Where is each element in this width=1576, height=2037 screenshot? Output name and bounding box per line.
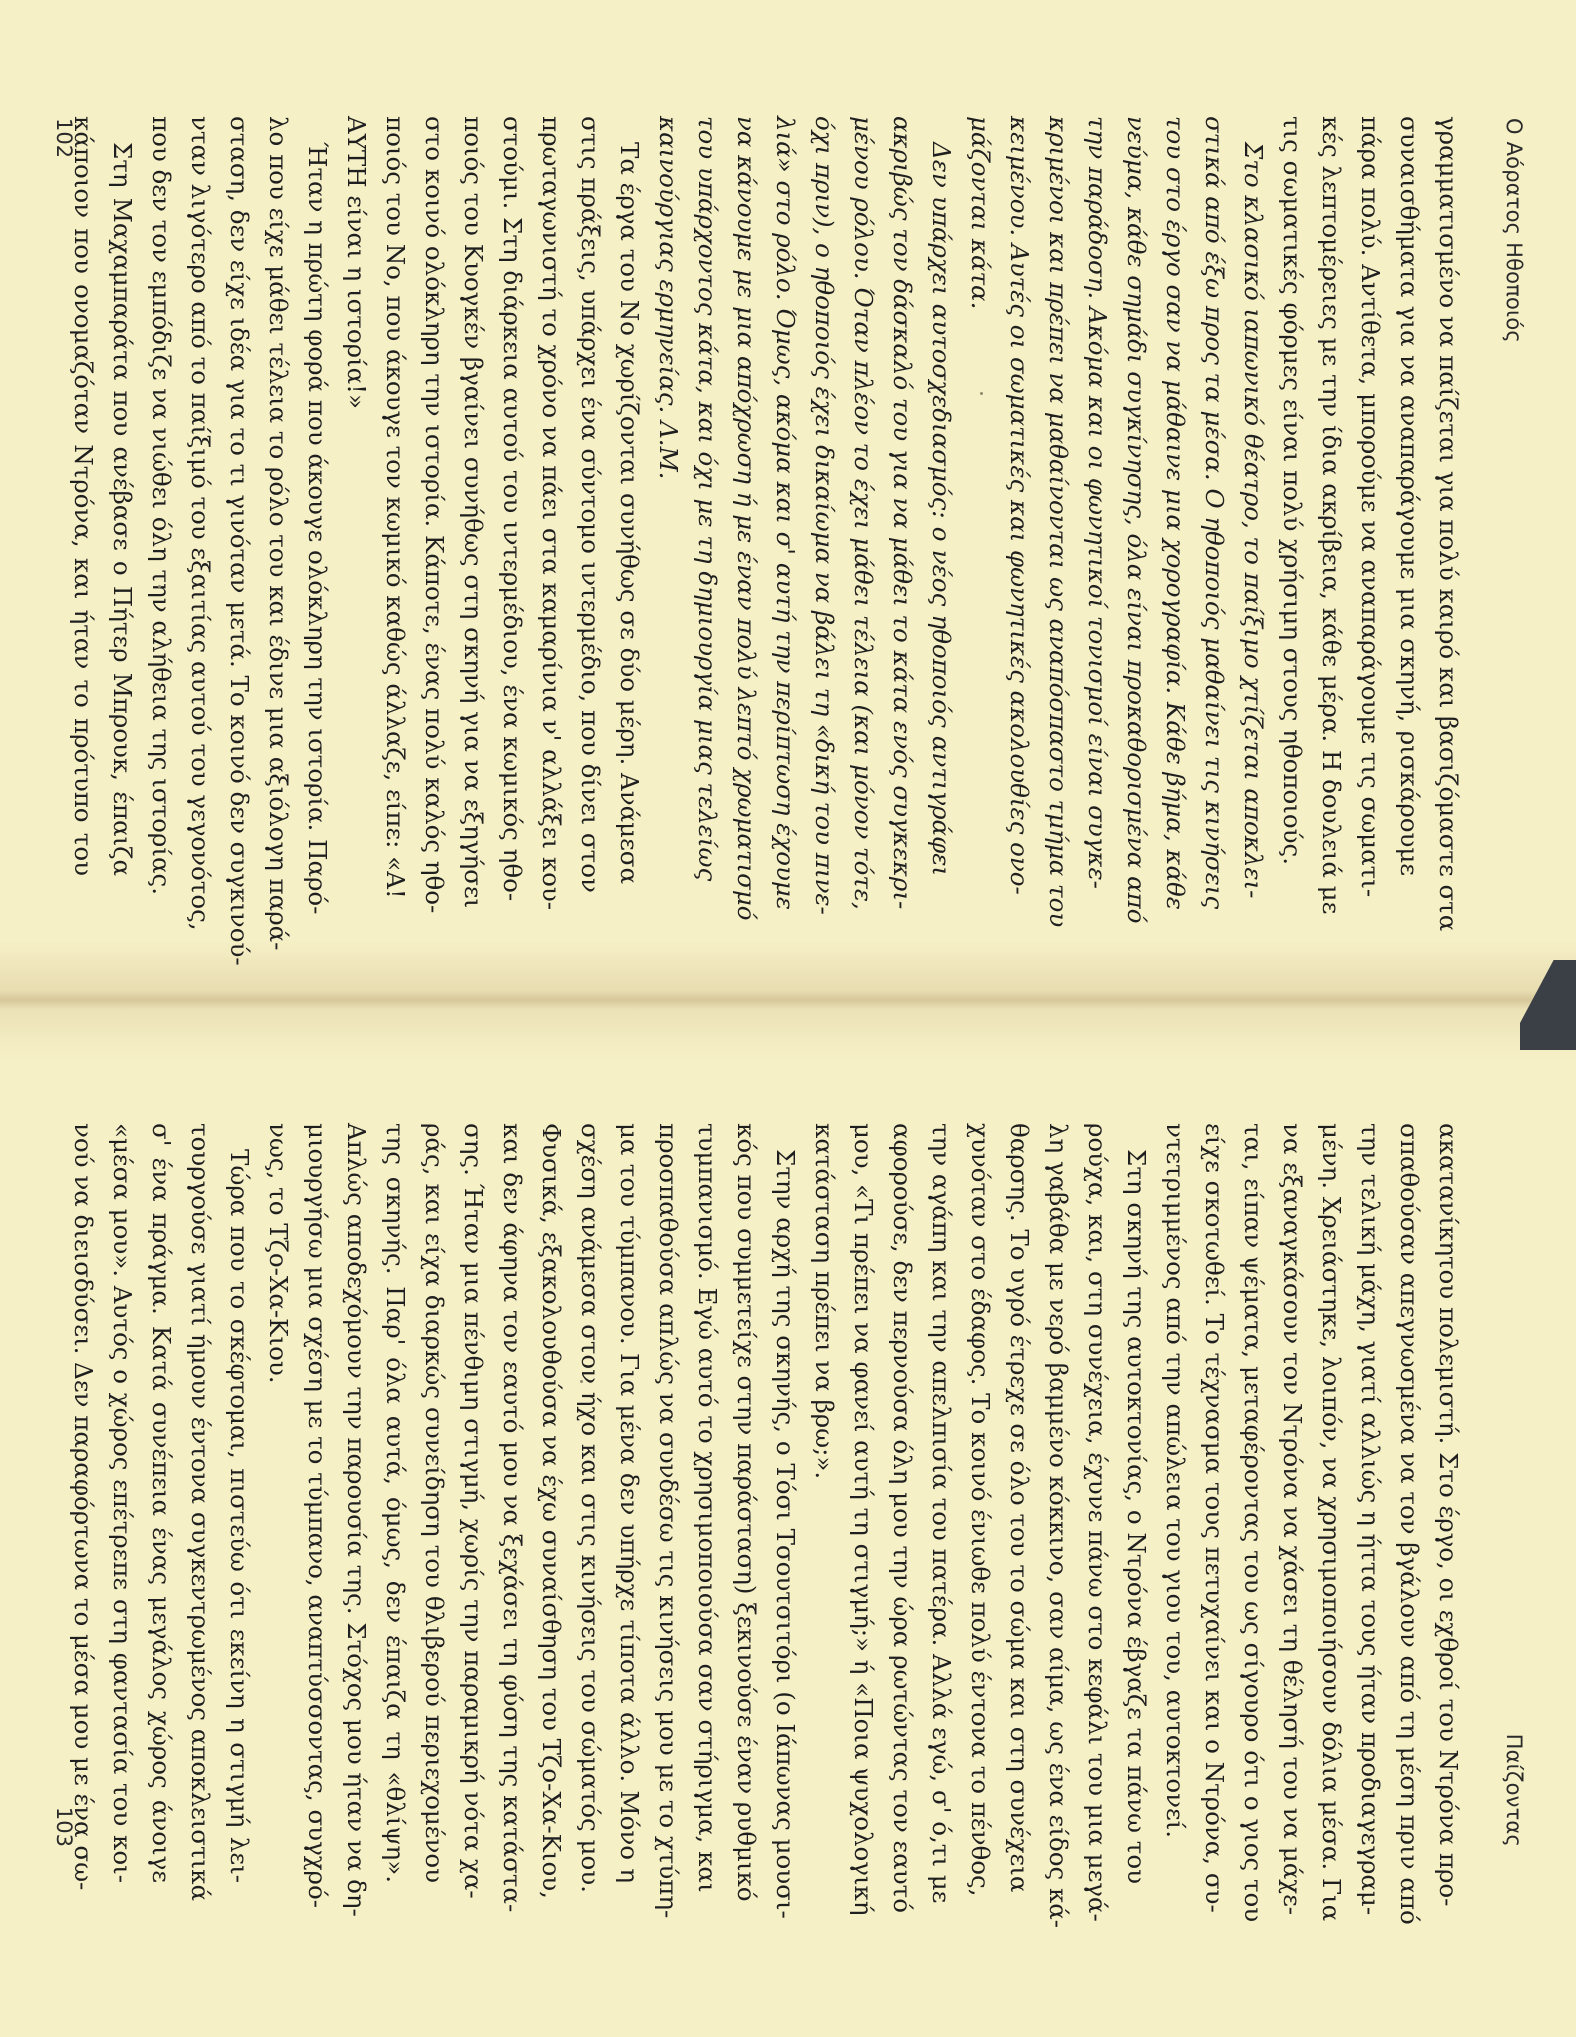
text-line: Τώρα που το σκέφτομαι, πιστεύω ότι εκείν…	[220, 1123, 259, 1883]
running-head-left: Ο Αόρατος Ηθοποιός	[1502, 118, 1526, 343]
text-line: ντετριμμένος από την απώλεια του γιου το…	[1156, 1123, 1195, 1883]
text-line: μα του τύμπανου. Για μένα δεν υπήρχε τίπ…	[610, 1123, 649, 1883]
text-line: μένη. Χρειάστηκε, λοιπόν, να χρησιμοποιή…	[1312, 1123, 1351, 1883]
text-line: συναισθήματα για να αναπαράγουμε μια σκη…	[1390, 116, 1429, 876]
text-line: σπαθούσαν απεγνωσμένα να τον βγάλουν από…	[1390, 1123, 1429, 1883]
text-line: θαρσης. Το υγρό έτρεχε σε όλο του το σώμ…	[1000, 1123, 1039, 1883]
text-line: Δεν υπάρχει αυτοσχεδιασμός: ο νέος ηθοπο…	[922, 116, 961, 876]
text-line: λο που είχε μάθει τέλεια το ρόλο του και…	[259, 116, 298, 876]
text-line: χυνόταν στο έδαφος. Το κοινό ένιωθε πολύ…	[961, 1123, 1000, 1883]
text-line: λιά» στο ρόλο. Όμως, ακόμα και σ' αυτή τ…	[766, 116, 805, 876]
text-line: ακριβώς τον δάσκαλό του για να μάθει το …	[883, 116, 922, 876]
text-line: να κάνουμε με μια απόχρωση ή με έναν πολ…	[727, 116, 766, 876]
text-line: ΑΥΤΗ είναι η ιστορία!»	[337, 116, 376, 876]
paper-speck	[158, 585, 161, 588]
running-head-right: Παίζοντας	[1502, 1734, 1526, 1847]
text-line: νού να διεισδύσει. Δεν παραφόρτωνα το μέ…	[64, 1123, 103, 1883]
text-line: Στη Μαχαμπαράτα που ανέβασε ο Πήτερ Μπρο…	[103, 116, 142, 876]
text-line: κές λεπτομέρειες με την ίδια ακρίβεια, κ…	[1312, 116, 1351, 876]
text-line: την τελική μάχη, γιατί αλλιώς η ήττα του…	[1351, 1123, 1390, 1883]
text-line: γραμματισμένο να παίζεται για πολύ καιρό…	[1429, 116, 1468, 876]
text-line: Φυσικά, εξακολουθούσα να έχω συναίσθηση …	[532, 1123, 571, 1883]
text-line: Στη σκηνή της αυτοκτονίας, ο Ντρόνα έβγα…	[1117, 1123, 1156, 1883]
text-line: είχε σκοτωθεί. Το τέχνασμα τους πετυχαίν…	[1195, 1123, 1234, 1883]
text-line: Ήταν η πρώτη φορά που άκουγε ολόκληρη τη…	[298, 116, 337, 876]
right-page-body: ακατανίκητου πολεμιστή. Στο έργο, οι εχθ…	[64, 1123, 1468, 1883]
text-line: ακατανίκητου πολεμιστή. Στο έργο, οι εχθ…	[1429, 1123, 1468, 1883]
text-line: κριμένοι και πρέπει να μαθαίνονται ως αν…	[1039, 116, 1078, 876]
text-line: σ' ένα πράγμα. Κατά συνέπεια ένας μεγάλο…	[142, 1123, 181, 1883]
text-line: μένου ρόλου. Όταν πλέον το έχει μάθει τέ…	[844, 116, 883, 876]
text-line: πάρα πολύ. Αντίθετα, μπορούμε να αναπαρά…	[1351, 116, 1390, 876]
text-line: πρωταγωνιστή το χρόνο να πάει στα καμαρί…	[532, 116, 571, 876]
text-line: νταν λιγότερο από το παίξιμό του εξαιτία…	[181, 116, 220, 876]
text-line: Τα έργα του Νο χωρίζονται συνήθως σε δύο…	[610, 116, 649, 876]
right-page-content: Παίζοντας ακατανίκητου πολεμιστή. Στο έρ…	[0, 1005, 1576, 1965]
text-line: όχι πριν), ο ηθοποιός έχει δικαίωμα να β…	[805, 116, 844, 876]
text-line: «μέσα μου». Αυτός ο χώρος επέτρεπε στη φ…	[103, 1123, 142, 1883]
text-line: τουργούσε γιατί ήμουν έντονα συγκεντρωμέ…	[181, 1123, 220, 1883]
text-line: και δεν άφηνα τον εαυτό μου να ξεχάσει τ…	[493, 1123, 532, 1883]
text-line: κατάσταση πρέπει να βρω;».	[805, 1123, 844, 1883]
text-line: κός που συμμετείχε στην παράσταση) ξεκιν…	[727, 1123, 766, 1883]
text-line: που δεν τον εμπόδιζε να νιώθει όλη την α…	[142, 116, 181, 876]
text-line: ρούχα, και, στη συνέχεια, έχυνε πάνω στο…	[1078, 1123, 1117, 1883]
text-line: σχέση ανάμεσα στον ήχο και στις κινήσεις…	[571, 1123, 610, 1883]
text-line: ποιός του Κυογκέν βγαίνει συνήθως στη σκ…	[454, 116, 493, 876]
text-line: στικά από έξω προς τα μέσα. Ο ηθοποιός μ…	[1195, 116, 1234, 876]
left-page-content: Ο Αόρατος Ηθοποιός γραμματισμένο να παίζ…	[0, 0, 1576, 960]
text-line: Στο κλασικό ιαπωνικό θέατρο, το παίξιμο …	[1234, 116, 1273, 876]
paper-speck	[580, 1380, 583, 1383]
text-line: κάποιον που ονομαζόταν Ντρόνα, και ήταν …	[64, 116, 103, 876]
paper-speck	[980, 392, 983, 395]
text-line: του υπάρχοντος κάτα, και όχι με τη δημιο…	[688, 116, 727, 876]
text-line: να εξαναγκάσουν τον Ντρόνα να χάσει τη θ…	[1273, 1123, 1312, 1883]
text-line: στούμι. Στη διάρκεια αυτού του ιντερμέδι…	[493, 116, 532, 876]
text-line: μάζονται κάτα.	[961, 116, 1000, 876]
text-line: στις πράξεις, υπάρχει ένα σύντομο ιντερμ…	[571, 116, 610, 876]
left-page-body: γραμματισμένο να παίζεται για πολύ καιρό…	[64, 116, 1468, 876]
left-page: Ο Αόρατος Ηθοποιός γραμματισμένο να παίζ…	[0, 0, 1576, 1000]
text-line: την αγάπη και την απελπισία του πατέρα. …	[922, 1123, 961, 1883]
text-line: ται, είπαν ψέματα, μεταφέροντας του ως σ…	[1234, 1123, 1273, 1883]
right-page: Παίζοντας ακατανίκητου πολεμιστή. Στο έρ…	[0, 1005, 1576, 2005]
text-line: κειμένου. Αυτές οι σωματικές και φωνητικ…	[1000, 116, 1039, 876]
text-line: σης. Ήταν μια πένθιμη στιγμή, χωρίς την …	[454, 1123, 493, 1883]
text-line: νεύμα, κάθε σημάδι συγκίνησης, όλα είναι…	[1117, 116, 1156, 876]
text-line: την παράδοση. Ακόμα και οι φωνητικοί τον…	[1078, 116, 1117, 876]
text-line: νως, το Τζο-Χα-Κιου.	[259, 1123, 298, 1883]
text-line: ποιός του Νο, που άκουγε τον κωμικό καθώ…	[376, 116, 415, 876]
page-number-left: 102	[52, 118, 76, 158]
text-line: ράς, και είχα διαρκώς συνείδηση του θλιβ…	[415, 1123, 454, 1883]
text-line: τις σωματικές φόρμες είναι πολύ χρήσιμη …	[1273, 116, 1312, 876]
text-line: Απλώς αποδεχόμουν την παρουσία της. Στόχ…	[337, 1123, 376, 1883]
text-line: μου, «Τι πρέπει να φανεί αυτή τη στιγμή;…	[844, 1123, 883, 1883]
text-line: τυμπανισμό. Εγώ αυτό το χρησιμοποιούσα σ…	[688, 1123, 727, 1883]
text-line: στο κοινό ολόκληρη την ιστορία. Κάποτε, …	[415, 116, 454, 876]
text-line: αφορούσε, δεν περνούσα όλη μου την ώρα ρ…	[883, 1123, 922, 1883]
text-line: του στο έργο σαν να μάθαινε μια χορογραφ…	[1156, 116, 1195, 876]
text-line: της σκηνής. Παρ' όλα αυτά, όμως, δεν έπα…	[376, 1123, 415, 1883]
text-line: καινούργιας ερμηνείας. Λ.Μ.	[649, 116, 688, 876]
page-number-right: 103	[52, 1807, 76, 1847]
text-line: προσπαθούσα απλώς να συνδέσω τις κινήσει…	[649, 1123, 688, 1883]
text-line: μιουργήσω μια σχέση με το τύμπανο, αναπτ…	[298, 1123, 337, 1883]
text-line: σταση, δεν είχε ιδέα για το τι γινόταν μ…	[220, 116, 259, 876]
text-line: λη γαβάθα με νερό βαμμένο κόκκινο, σαν α…	[1039, 1123, 1078, 1883]
text-line: Στην αρχή της σκηνής, ο Τόσι Τσουτσιτόρι…	[766, 1123, 805, 1883]
